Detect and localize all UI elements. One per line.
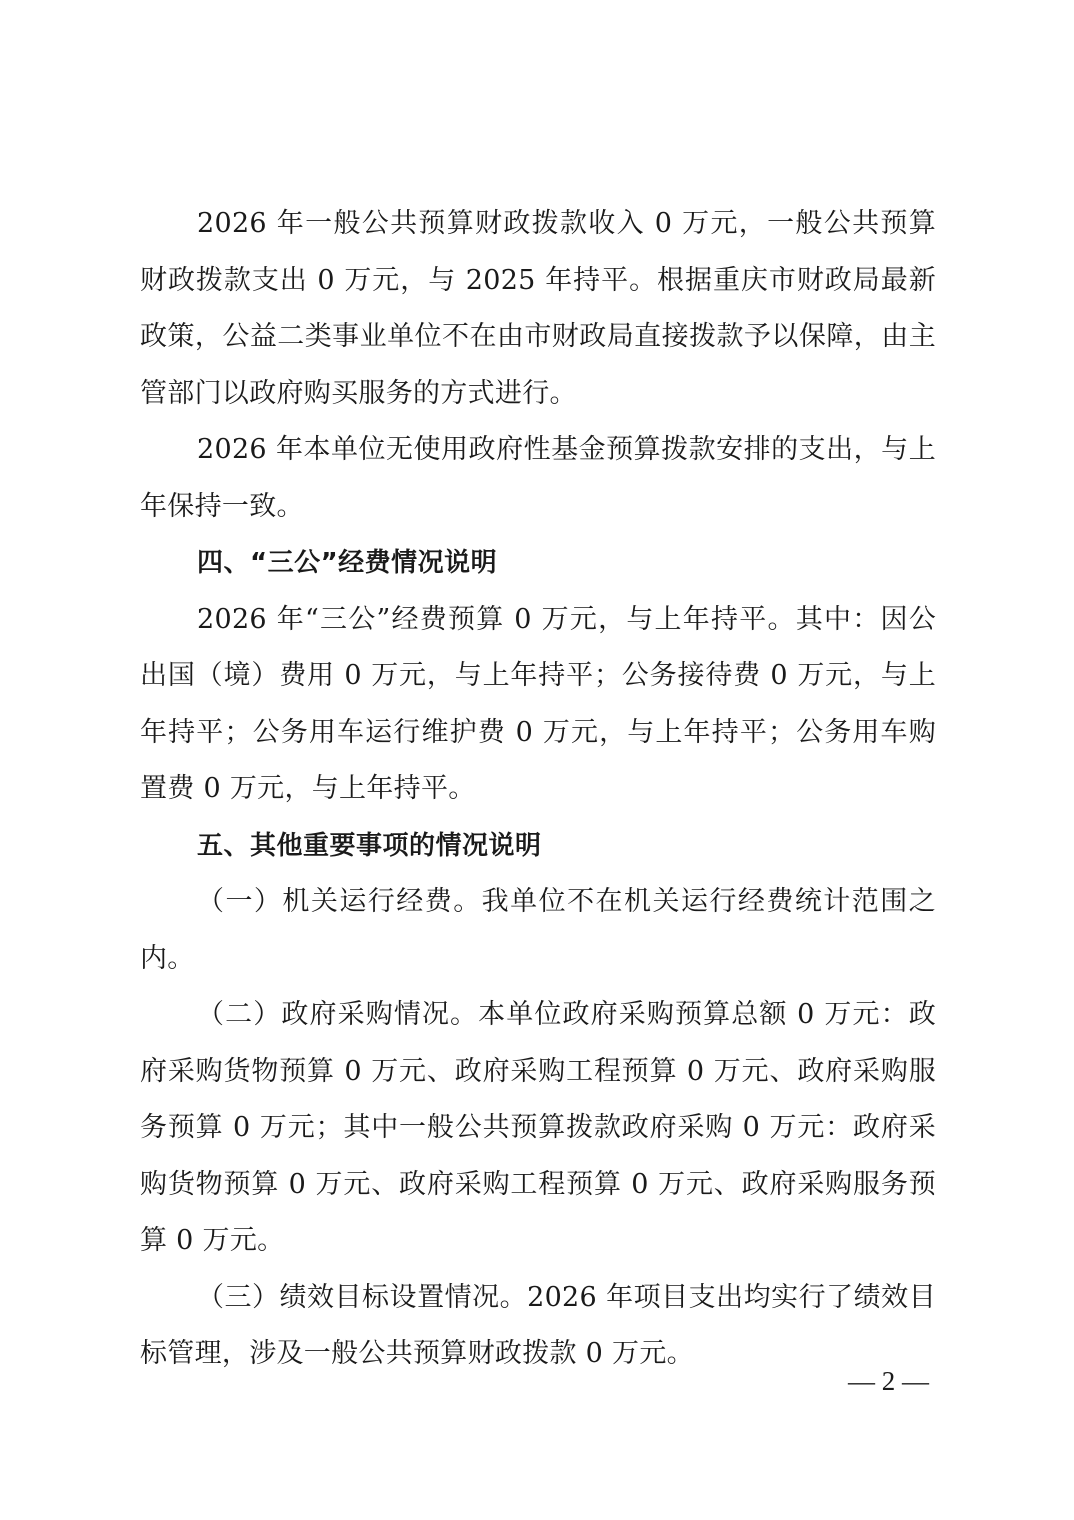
paragraph-performance-targets: （三）绩效目标设置情况。2026 年项目支出均实行了绩效目标管理，涉及一般公共预…: [140, 1270, 936, 1383]
section-heading-other-matters: 五、其他重要事项的情况说明: [140, 818, 936, 875]
page-number: — 2 —: [848, 1366, 929, 1397]
paragraph-government-procurement: （二）政府采购情况。本单位政府采购预算总额 0 万元：政府采购货物预算 0 万元…: [140, 987, 936, 1270]
section-heading-three-public-expenses: 四、“三公”经费情况说明: [140, 535, 936, 592]
paragraph-three-public-expenses: 2026 年“三公”经费预算 0 万元，与上年持平。其中：因公出国（境）费用 0…: [140, 592, 936, 818]
paragraph-fund-budget: 2026 年本单位无使用政府性基金预算拨款安排的支出，与上年保持一致。: [140, 422, 936, 535]
document-page: 2026 年一般公共预算财政拨款收入 0 万元，一般公共预算财政拨款支出 0 万…: [140, 196, 936, 1383]
paragraph-general-budget: 2026 年一般公共预算财政拨款收入 0 万元，一般公共预算财政拨款支出 0 万…: [140, 196, 936, 422]
paragraph-operating-expenses: （一）机关运行经费。我单位不在机关运行经费统计范围之内。: [140, 874, 936, 987]
